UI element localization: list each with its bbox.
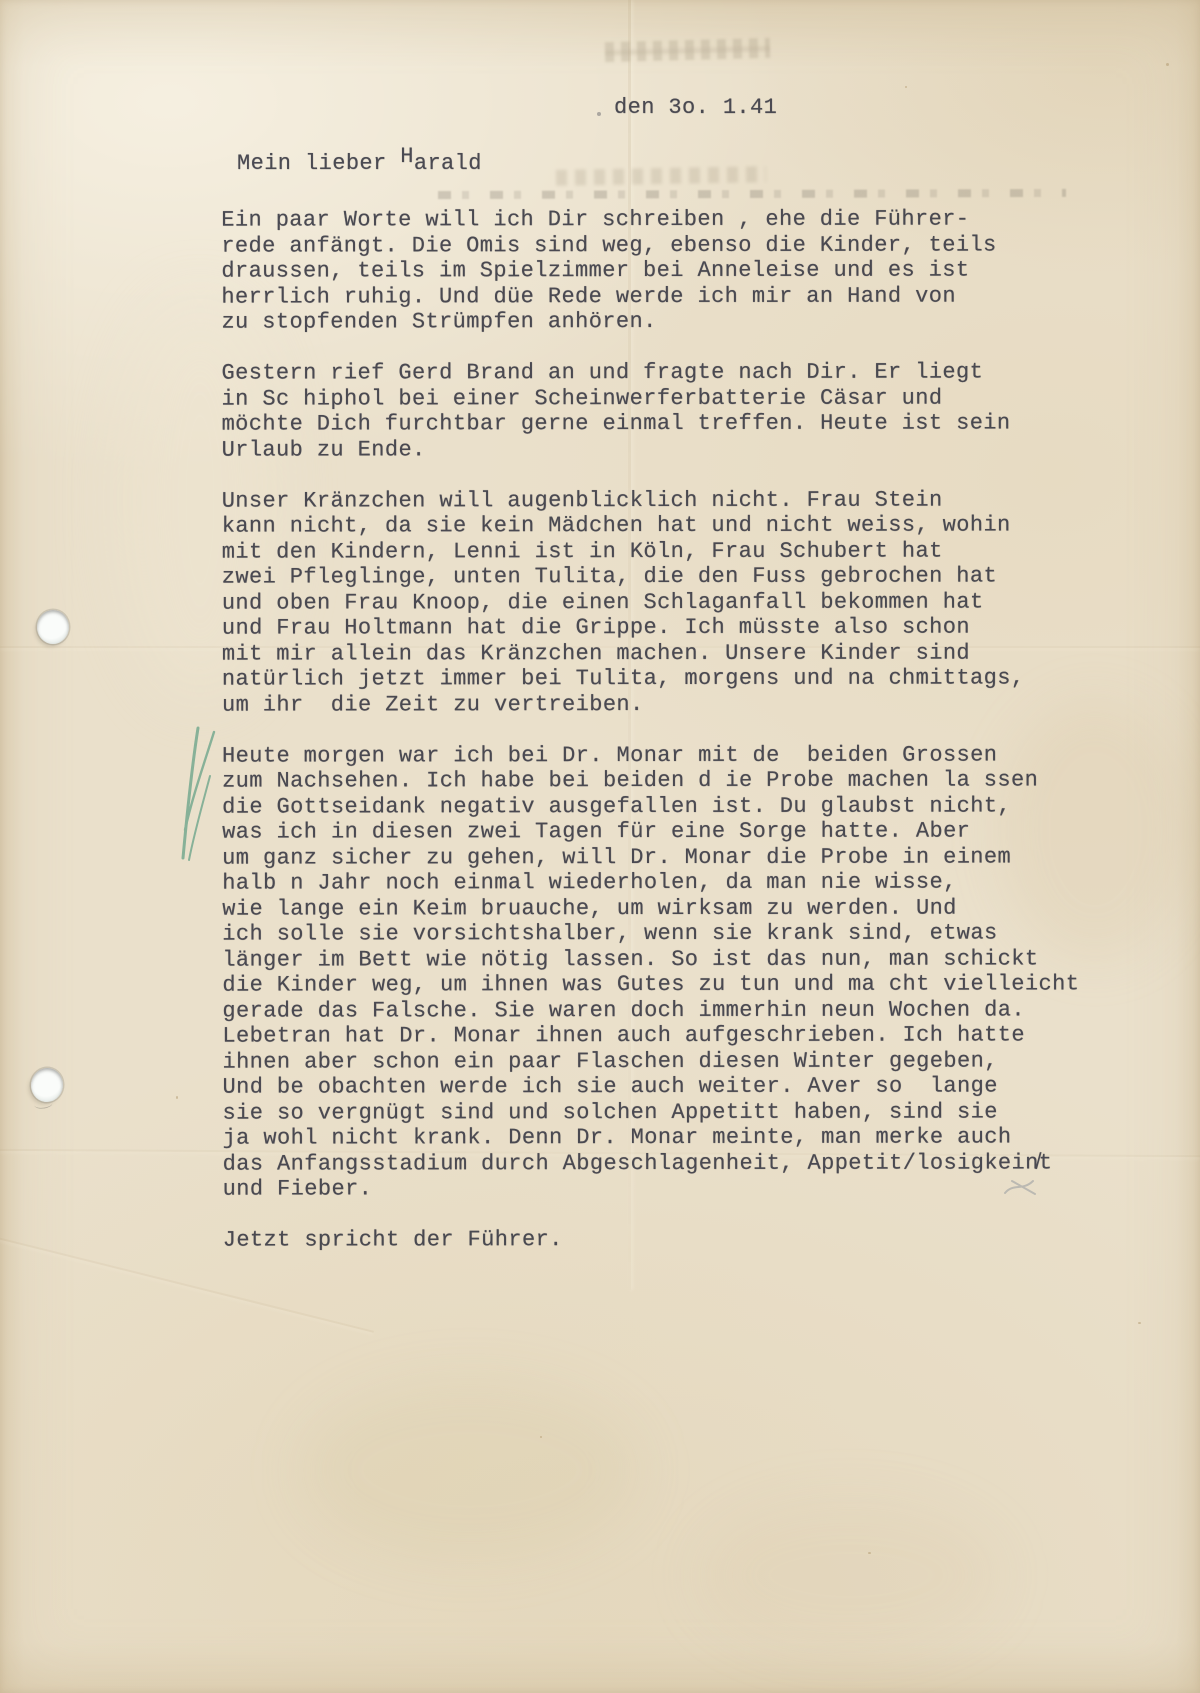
green-margin-check-mark xyxy=(178,718,226,868)
punch-hole-top xyxy=(37,610,69,644)
paper-stain xyxy=(700,1500,1000,1650)
salutation-name-rest: arald xyxy=(414,151,482,176)
erased-text-dashes xyxy=(438,189,1066,199)
stray-ink-dot xyxy=(597,112,601,116)
paragraph: Unser Kränzchen will augenblicklich nich… xyxy=(222,487,1079,718)
salutation-prefix: Mein lieber xyxy=(237,151,400,176)
grey-pencil-mark xyxy=(1002,1176,1044,1200)
paper-speck xyxy=(868,1552,871,1554)
scanned-letter-page: den 3o. 1.41 Mein lieber Harald Ein paar… xyxy=(0,0,1200,1693)
paper-speck xyxy=(176,1096,178,1099)
paper-speck xyxy=(905,86,907,88)
paper-speck xyxy=(540,1436,542,1438)
paragraph: Jetzt spricht der Führer. xyxy=(223,1226,1080,1253)
paper-speck xyxy=(1138,1322,1141,1324)
letter-body: Ein paar Worte will ich Dir schreiben , … xyxy=(221,206,1079,1253)
punch-hole-bottom xyxy=(29,1066,65,1104)
erased-text-smudge-top xyxy=(605,38,770,62)
paper-speck xyxy=(1166,63,1169,66)
letter-date: den 3o. 1.41 xyxy=(614,95,777,121)
paper-stain xyxy=(300,1380,640,1560)
paragraph: Heute morgen war ich bei Dr. Monar mit d… xyxy=(222,742,1080,1202)
erased-text-smudge-salutation xyxy=(556,166,766,186)
paragraph: Ein paar Worte will ich Dir schreiben , … xyxy=(221,206,1078,335)
salutation-raised-initial: H xyxy=(400,144,414,170)
paragraph: Gestern rief Gerd Brand an und fragte na… xyxy=(221,359,1078,462)
salutation: Mein lieber Harald xyxy=(237,151,482,177)
